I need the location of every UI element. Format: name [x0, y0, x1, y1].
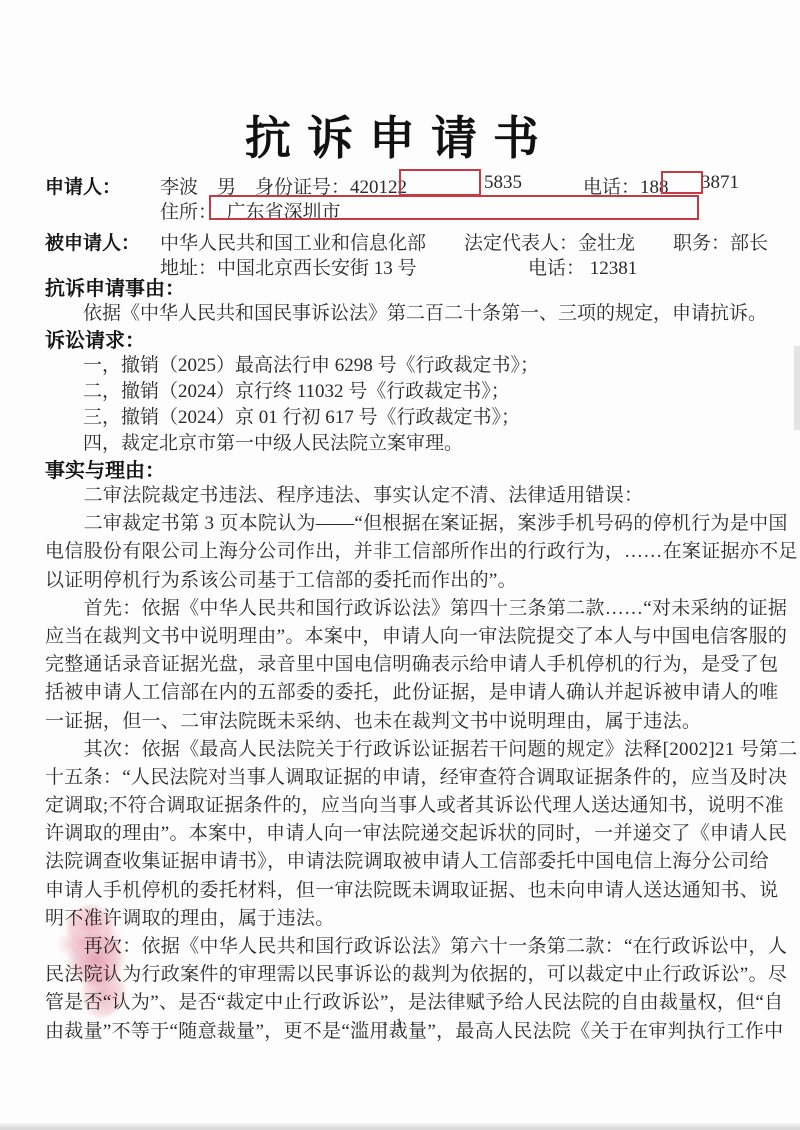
text-line: 一证据，但一、二审法院既未采纳、也未在裁判文书中说明理由，属于违法。 — [45, 706, 759, 734]
text-line: 二审法院裁定书违法、程序违法、事实认定不清、法律适用错误： — [45, 480, 759, 508]
text-line: 明不准许调取的理由，属于违法。 — [45, 903, 759, 931]
text-line: 二审裁定书第 3 页本院认为——“但根据在案证据，案涉手机号码的停机行为是中国 — [45, 508, 759, 536]
cause-heading: 抗诉申请事由： — [45, 272, 759, 298]
page-number: - 1 - — [0, 1016, 800, 1033]
text-line: 四，裁定北京市第一中级人民法院立案审理。 — [45, 428, 759, 454]
text-line: 一，撤销（2025）最高法行申 6298 号《行政裁定书》； — [45, 350, 759, 376]
text-line: 民法院认为行政案件的审理需以民事诉讼的裁判为依据的，可以裁定中止行政诉讼”。尽 — [45, 959, 759, 987]
document-body: 抗诉申请事由： 依据《中华人民共和国民事诉讼法》第二百二十条第一、三项的规定，申… — [45, 272, 759, 1044]
scan-edge-artifact-right — [794, 346, 800, 430]
text-line: 法院调查收集证据申请书》，申请法院调取被申请人工信部委托中国电信上海分公司给 — [45, 846, 759, 874]
scanned-document-page: 抗诉申请书 申请人： 李波 男 身份证号：420122 5835 电话：188 … — [0, 0, 800, 1130]
text-line: 以证明停机行为系该公司基于工信部的委托而作出的”。 — [45, 565, 759, 593]
text-line: 十五条：“人民法院对当事人调取证据的申请，经审查符合调取证据条件的，应当及时决 — [45, 762, 759, 790]
redaction-box-id-number — [399, 169, 481, 196]
respondent-label: 被申请人： — [45, 228, 140, 255]
text-line: 定调取;不符合调取证据条件的，应当向当事人或者其诉讼代理人送达通知书，说明不准 — [45, 790, 759, 818]
applicant-label: 申请人： — [45, 172, 121, 199]
claims-list: 一，撤销（2025）最高法行申 6298 号《行政裁定书》；二，撤销（2024）… — [45, 350, 759, 454]
redaction-box-phone — [661, 171, 703, 194]
respondent-info: 中华人民共和国工业和信息化部 法定代表人：金壮龙 职务：部长 — [160, 228, 768, 255]
scan-edge-artifact-bottom — [0, 1122, 800, 1130]
cause-text: 依据《中华人民共和国民事诉讼法》第二百二十条第一、三项的规定，申请抗诉。 — [45, 298, 759, 324]
text-line: 管是否“认为”、是否“裁定中止行政诉讼”，是法律赋予给人民法院的自由裁量权，但“… — [45, 987, 759, 1015]
facts-heading: 事实与理由： — [45, 454, 759, 480]
text-line: 其次：依据《最高人民法院关于行政诉讼证据若干问题的规定》法释[2002]21 号… — [45, 734, 759, 762]
text-line: 再次：依据《中华人民共和国行政诉讼法》第六十一条第二款：“在行政诉讼中，人 — [45, 931, 759, 959]
text-line: 完整通话录音证据光盘，录音里中国电信明确表示给申请人手机停机的行为，是受了包 — [45, 649, 759, 677]
facts-paragraphs: 二审法院裁定书违法、程序违法、事实认定不清、法律适用错误： 二审裁定书第 3 页… — [45, 480, 759, 1044]
text-line: 许调取的理由”。本案中，申请人向一审法院递交起诉状的同时，一并递交了《申请人民 — [45, 818, 759, 846]
text-line: 首先：依据《中华人民共和国行政诉讼法》第四十三条第二款……“对未采纳的证据 — [45, 593, 759, 621]
text-line: 二，撤销（2024）京行终 11032 号《行政裁定书》； — [45, 376, 759, 402]
text-line: 电信股份有限公司上海分公司作出，并非工信部所作出的行政行为，……在案证据亦不足 — [45, 536, 759, 564]
document-title: 抗诉申请书 — [0, 102, 800, 168]
text-line: 申请人手机停机的委托材料，但一审法院既未调取证据、也未向申请人送达通知书、说 — [45, 875, 759, 903]
applicant-id-suffix: 5835 — [484, 172, 522, 194]
text-line: 三，撤销（2024）京 01 行初 617 号《行政裁定书》； — [45, 402, 759, 428]
applicant-phone-suffix: 3871 — [701, 172, 739, 194]
claims-heading: 诉讼请求： — [45, 324, 759, 350]
text-line: 应当在裁判文书中说明理由”。本案中，申请人向一审法院提交了本人与中国电信客服的 — [45, 621, 759, 649]
text-line: 括被申请人工信部在内的五部委的委托，此份证据，是申请人确认并起诉被申请人的唯 — [45, 677, 759, 705]
respondent-row: 被申请人： 中华人民共和国工业和信息化部 法定代表人：金壮龙 职务：部长 — [45, 228, 757, 252]
redaction-box-address — [209, 195, 699, 220]
